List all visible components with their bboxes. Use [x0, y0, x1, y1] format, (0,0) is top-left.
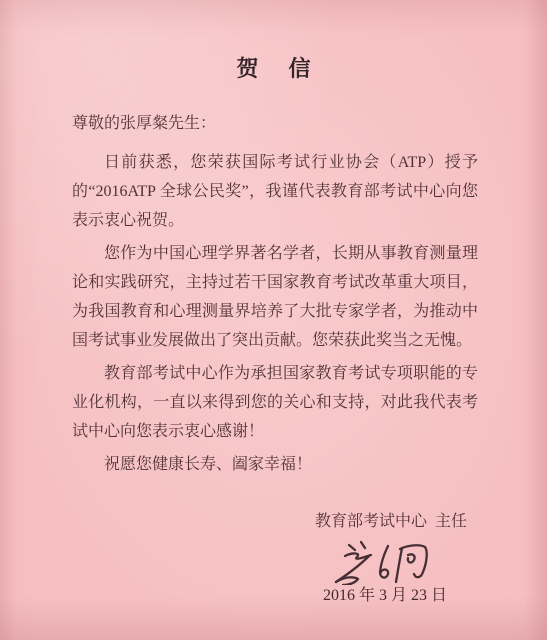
signature-block: 教育部考试中心 主任 姜钢 2016 年 3 月 23 日 [72, 507, 478, 607]
handwritten-signature [322, 537, 440, 585]
letter-body: 尊敬的张厚粲先生： 日前获悉，您荣获国际考试行业协会（ATP）授予的“2016A… [72, 109, 478, 607]
body-paragraph-3: 教育部考试中心作为承担国家教育考试专项职能的专业化机构，一直以来得到您的关心和支… [72, 359, 478, 446]
body-paragraph-1: 日前获悉，您荣获国际考试行业协会（ATP）授予的“2016ATP 全球公民奖”，… [72, 148, 478, 235]
signer-title: 教育部考试中心 主任 [72, 507, 478, 536]
body-paragraph-4: 祝愿您健康长寿、阖家幸福！ [72, 450, 478, 479]
body-paragraph-2: 您作为中国心理学界著名学者，长期从事教育测量理论和实践研究，主持过若干国家教育考… [72, 239, 478, 355]
salutation: 尊敬的张厚粲先生： [72, 109, 478, 138]
letter-title-text: 贺信 [236, 56, 340, 81]
letter-page: 贺信 尊敬的张厚粲先生： 日前获悉，您荣获国际考试行业协会（ATP）授予的“20… [0, 0, 547, 640]
letter-title: 贺信 [0, 0, 547, 83]
date-line: 2016 年 3 月 23 日 [72, 585, 478, 607]
